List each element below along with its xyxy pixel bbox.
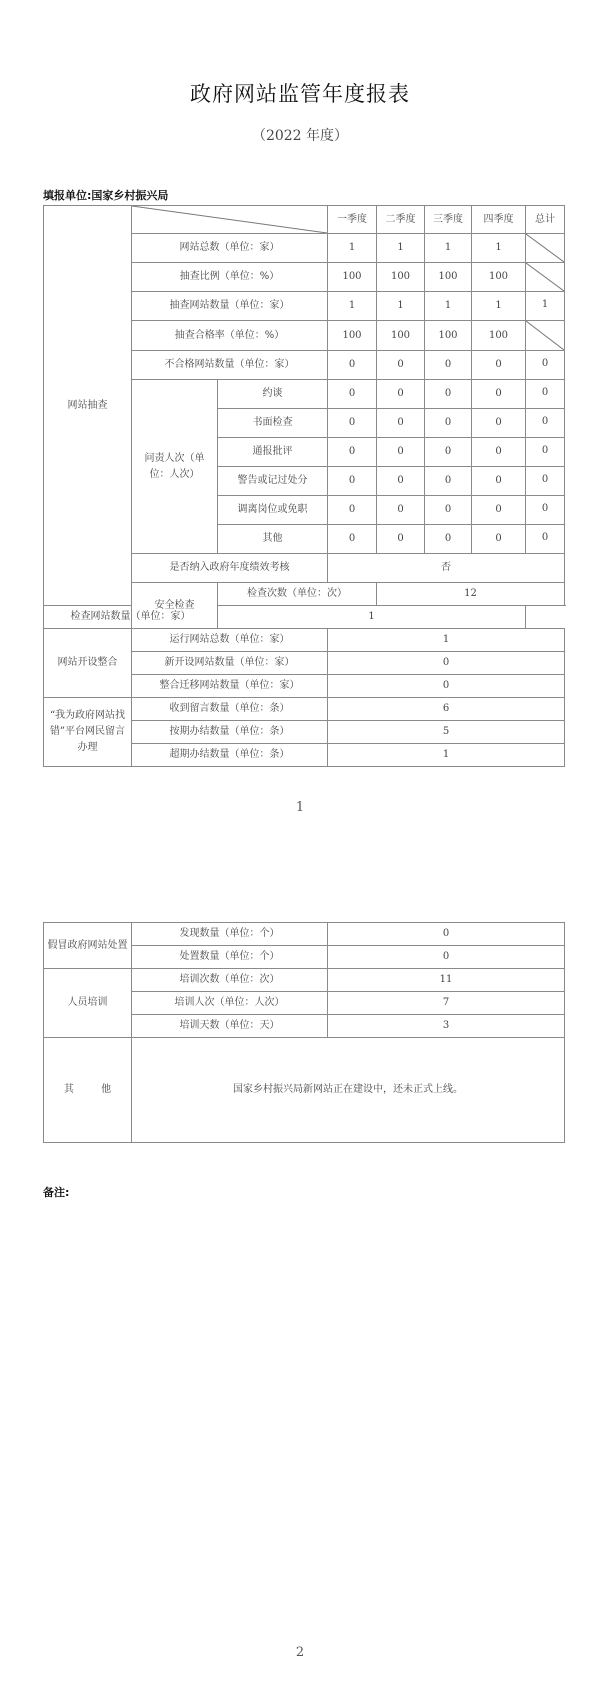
cell-q4: 0 xyxy=(472,467,526,496)
cell-total: 0 xyxy=(526,351,565,380)
reporting-unit: 填报单位:国家乡村振兴局 xyxy=(43,187,168,203)
report-title: 政府网站监管年度报表 xyxy=(0,78,600,108)
row-label: 通报批评 xyxy=(218,438,328,467)
header-row: 网站抽查 一季度 二季度 三季度 四季度 总计 xyxy=(44,206,565,234)
row-label: 收到留言数量（单位：条） xyxy=(132,698,328,721)
cell-q4: 100 xyxy=(472,321,526,351)
header-q3: 三季度 xyxy=(425,206,472,234)
table-row: 假冒政府网站处置 发现数量（单位：个） 0 xyxy=(44,923,565,946)
cell-value: 7 xyxy=(328,992,565,1015)
cell-q3: 0 xyxy=(425,409,472,438)
cell-value: 3 xyxy=(328,1015,565,1038)
cell-q4: 0 xyxy=(472,409,526,438)
cell-q4: 1 xyxy=(472,292,526,321)
cell-value: 0 xyxy=(328,675,565,698)
row-label: 警告或记过处分 xyxy=(218,467,328,496)
table-row: 其 他 国家乡村振兴局新网站正在建设中，还未正式上线。 xyxy=(44,1038,565,1143)
cell-value: 12 xyxy=(377,583,565,606)
cell-q3: 1 xyxy=(425,234,472,263)
row-label: 抽查比例（单位：%） xyxy=(132,263,328,292)
cell-q2: 0 xyxy=(377,467,425,496)
cell-value: 1 xyxy=(328,744,565,767)
cell-value: 0 xyxy=(328,923,565,946)
table-row: 人员培训 培训次数（单位：次） 11 xyxy=(44,969,565,992)
row-label: 超期办结数量（单位：条） xyxy=(132,744,328,767)
row-label: 按期办结数量（单位：条） xyxy=(132,721,328,744)
row-label: 抽查网站数量（单位：家） xyxy=(132,292,328,321)
cell-total: 0 xyxy=(526,525,565,554)
cell-q1: 0 xyxy=(328,409,377,438)
cell-q1: 0 xyxy=(328,525,377,554)
row-label: 培训人次（单位：人次） xyxy=(132,992,328,1015)
cell-q4: 0 xyxy=(472,496,526,525)
cell-value: 0 xyxy=(328,652,565,675)
cell-q3: 0 xyxy=(425,351,472,380)
cell-q3: 100 xyxy=(425,321,472,351)
cell-total-empty xyxy=(526,234,565,263)
cell-q2: 100 xyxy=(377,263,425,292)
cell-q2: 100 xyxy=(377,321,425,351)
cell-q2: 0 xyxy=(377,525,425,554)
cell-q2: 0 xyxy=(377,351,425,380)
cell-value: 0 xyxy=(328,946,565,969)
header-q1: 一季度 xyxy=(328,206,377,234)
cell-q4: 0 xyxy=(472,351,526,380)
header-total: 总计 xyxy=(526,206,565,234)
cell-q3: 0 xyxy=(425,467,472,496)
cell-q4: 0 xyxy=(472,438,526,467)
diagonal-line xyxy=(132,206,327,233)
cell-total: 1 xyxy=(526,292,565,321)
header-q2: 二季度 xyxy=(377,206,425,234)
cell-value: 11 xyxy=(328,969,565,992)
cell-q1: 100 xyxy=(328,263,377,292)
cell-q2: 1 xyxy=(377,292,425,321)
cell-q3: 0 xyxy=(425,496,472,525)
cell-q1: 0 xyxy=(328,438,377,467)
cell-q1: 1 xyxy=(328,292,377,321)
row-label: 网站总数（单位：家） xyxy=(132,234,328,263)
row-label: 培训次数（单位：次） xyxy=(132,969,328,992)
row-label: 调离岗位或免职 xyxy=(218,496,328,525)
row-label: 不合格网站数量（单位：家） xyxy=(132,351,328,380)
row-label: 抽查合格率（单位：%） xyxy=(132,321,328,351)
row-label: 其他 xyxy=(218,525,328,554)
row-label: 是否纳入政府年度绩效考核 xyxy=(132,554,328,583)
cell-total: 0 xyxy=(526,380,565,409)
cell-q2: 1 xyxy=(377,234,425,263)
cell-q1: 0 xyxy=(328,467,377,496)
cell-total: 0 xyxy=(526,409,565,438)
cell-q2: 0 xyxy=(377,380,425,409)
page-number-1: 1 xyxy=(0,800,600,815)
section-label-spot-check: 网站抽查 xyxy=(44,206,132,606)
cell-q1: 0 xyxy=(328,380,377,409)
cell-q3: 0 xyxy=(425,525,472,554)
row-label: 新开设网站数量（单位：家） xyxy=(132,652,328,675)
cell-value: 6 xyxy=(328,698,565,721)
section-label-messages: “我为政府网站找错”平台网民留言办理 xyxy=(44,698,132,767)
row-label: 检查网站数量（单位：家） xyxy=(44,606,218,629)
diagonal-line xyxy=(526,321,564,350)
header-diagonal-cell xyxy=(132,206,328,234)
cell-total: 0 xyxy=(526,438,565,467)
performance-value: 否 xyxy=(328,554,565,583)
cell-q3: 0 xyxy=(425,380,472,409)
cell-q1: 0 xyxy=(328,351,377,380)
cell-q2: 0 xyxy=(377,409,425,438)
page-number-2: 2 xyxy=(0,1645,600,1660)
cell-q2: 0 xyxy=(377,438,425,467)
table-row: “我为政府网站找错”平台网民留言办理 收到留言数量（单位：条） 6 xyxy=(44,698,565,721)
row-label: 处置数量（单位：个） xyxy=(132,946,328,969)
cell-value: 1 xyxy=(218,606,526,629)
table-row: 检查网站数量（单位：家） 1 xyxy=(44,606,565,629)
cell-total: 0 xyxy=(526,496,565,525)
cell-value: 5 xyxy=(328,721,565,744)
accountability-label: 问责人次（单位：人次） xyxy=(132,380,218,554)
row-label: 整合迁移网站数量（单位：家） xyxy=(132,675,328,698)
cell-total: 0 xyxy=(526,467,565,496)
cell-q1: 100 xyxy=(328,321,377,351)
cell-q1: 0 xyxy=(328,496,377,525)
supervision-table-page1: 网站抽查 一季度 二季度 三季度 四季度 总计 网站总数（单位：家） 1 1 1… xyxy=(43,205,565,767)
report-year: （2022 年度） xyxy=(0,125,600,145)
cell-q2: 0 xyxy=(377,496,425,525)
row-label: 书面检查 xyxy=(218,409,328,438)
section-label-counterfeit: 假冒政府网站处置 xyxy=(44,923,132,969)
row-label: 发现数量（单位：个） xyxy=(132,923,328,946)
cell-q3: 0 xyxy=(425,438,472,467)
table-row: 网站开设整合 运行网站总数（单位：家） 1 xyxy=(44,629,565,652)
header-q4: 四季度 xyxy=(472,206,526,234)
cell-q4: 0 xyxy=(472,380,526,409)
section-label-other: 其 他 xyxy=(44,1038,132,1143)
row-label: 检查次数（单位：次） xyxy=(218,583,377,606)
other-value: 国家乡村振兴局新网站正在建设中，还未正式上线。 xyxy=(132,1038,565,1143)
row-label: 约谈 xyxy=(218,380,328,409)
diagonal-line xyxy=(526,263,564,291)
section-label-setup: 网站开设整合 xyxy=(44,629,132,698)
cell-q3: 1 xyxy=(425,292,472,321)
row-label: 培训天数（单位：天） xyxy=(132,1015,328,1038)
cell-q4: 0 xyxy=(472,525,526,554)
cell-q4: 100 xyxy=(472,263,526,292)
cell-total-empty xyxy=(526,321,565,351)
cell-q4: 1 xyxy=(472,234,526,263)
remark-label: 备注: xyxy=(43,1184,69,1200)
cell-q3: 100 xyxy=(425,263,472,292)
cell-q1: 1 xyxy=(328,234,377,263)
supervision-table-page2: 假冒政府网站处置 发现数量（单位：个） 0 处置数量（单位：个） 0 人员培训 … xyxy=(43,922,565,1143)
row-label: 运行网站总数（单位：家） xyxy=(132,629,328,652)
diagonal-line xyxy=(526,234,564,262)
cell-value: 1 xyxy=(328,629,565,652)
section-label-training: 人员培训 xyxy=(44,969,132,1038)
cell-total-empty xyxy=(526,263,565,292)
